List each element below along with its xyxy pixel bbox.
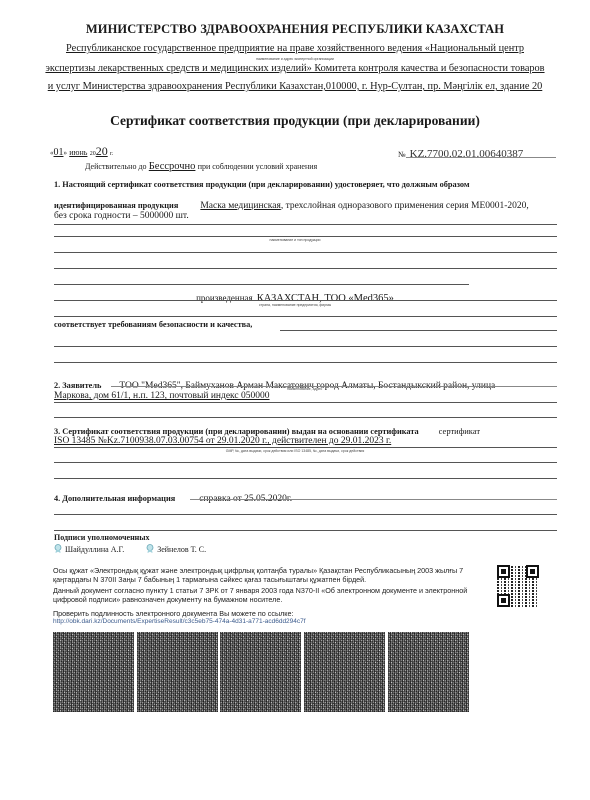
signer[interactable]: Шайдуллина А.Г. (54, 545, 126, 554)
signature-code-block (53, 632, 134, 712)
signature-code-block (388, 632, 469, 712)
additional-info-label: 4. Дополнительная информация (54, 494, 175, 503)
signer-name: Шайдуллина А.Г. (65, 545, 124, 554)
rule (54, 236, 557, 237)
date-year: 20 (96, 144, 108, 158)
basis-caption: GMP, №, дата выдачи, срок действия или I… (0, 449, 590, 453)
rule (54, 268, 557, 269)
compliance-statement: соответствует требованиям безопасности и… (54, 320, 252, 329)
product-description: , трехслойная одноразового применения се… (281, 201, 529, 211)
validity-line: Действительно до Бессрочно при соблюдени… (85, 161, 317, 172)
rule (111, 386, 557, 387)
number-underline (406, 157, 556, 158)
rule (54, 417, 557, 418)
rule (54, 346, 557, 347)
signatures-heading: Подписи уполномоченных (54, 533, 150, 542)
additional-info-line: 4. Дополнительная информация справка от … (54, 488, 292, 506)
validity-prefix: Действительно до (85, 162, 147, 171)
rule (54, 478, 557, 479)
certificate-number-group: № KZ.7700.02.01.00640387 (398, 144, 523, 162)
rule (54, 402, 557, 403)
product-quantity: без срока годности – 5000000 шт. (54, 211, 189, 221)
digital-signature-icon (54, 544, 62, 553)
basis-label: 3. Сертификат соответствия продукции (пр… (54, 427, 419, 436)
disclaimer-kz: Осы құжат «Электрондық құжат және электр… (53, 566, 493, 584)
product-name: Маска медицинская (200, 201, 281, 211)
manufacturer-caption: страна, наименование предприятия, фирмы (0, 303, 590, 307)
org-caption: наименование и адрес экспертной организа… (0, 57, 590, 61)
applicant-caption: наименование, адрес (287, 387, 322, 391)
rule (54, 462, 557, 463)
org-line-3: и услуг Министерства здравоохранения Рес… (0, 81, 590, 92)
rule (54, 447, 557, 448)
verify-link[interactable]: http://obk.dari.kz/Documents/ExpertiseRe… (53, 618, 306, 625)
signer-list: Шайдуллина А.Г. Зейнелов Т. С. (54, 544, 206, 554)
number-label: № (398, 150, 406, 159)
rule (54, 530, 557, 531)
qr-code-icon (497, 565, 539, 607)
produced-prefix: произведенная (196, 293, 253, 303)
certificate-number: KZ.7700.02.01.00640387 (410, 148, 524, 160)
certificate-date: «01» июнь 2020 г. (50, 144, 113, 159)
org-line-1: Республиканское государственное предприя… (0, 43, 590, 54)
rule (54, 224, 557, 225)
applicant-label: 2. Заявитель (54, 381, 101, 390)
rule (54, 316, 557, 317)
rule (54, 252, 557, 253)
signer[interactable]: Зейнелов Т. С. (146, 545, 206, 554)
rule (190, 499, 557, 500)
section1-intro: 1. Настоящий сертификат соответствия про… (54, 180, 470, 189)
product-caption: наименование и тип продукции (0, 238, 590, 242)
section1-product-label: идентифицированная продукция (54, 201, 178, 210)
ministry-title: МИНИСТЕРСТВО ЗДРАВООХРАНЕНИЯ РЕСПУБЛИКИ … (0, 22, 590, 37)
rule (54, 284, 469, 285)
applicant-address: Маркова, дом 61/1, н.п. 123, почтовый ин… (54, 391, 270, 401)
disclaimer-ru: Данный документ согласно пункту 1 статьи… (53, 586, 493, 604)
date-month: июнь (69, 148, 87, 157)
rule (54, 300, 557, 301)
verify-label: Проверить подлинность электронного докум… (53, 609, 493, 618)
date-suffix: г. (110, 151, 113, 157)
signer-name: Зейнелов Т. С. (157, 545, 206, 554)
signature-code-block (137, 632, 218, 712)
rule (54, 514, 557, 515)
signature-code-block (220, 632, 301, 712)
rule (280, 330, 557, 331)
org-line-2: экспертизы лекарственных средств и медиц… (0, 63, 590, 74)
basis-certificate: ISO 13485 №Kz.7100938.07.03.00754 от 29.… (54, 436, 391, 446)
certificate-title: Сертификат соответствия продукции (при д… (0, 113, 590, 129)
basis-tail: сертификат (439, 426, 480, 436)
signature-code-block (304, 632, 385, 712)
validity-suffix: при соблюдении условий хранения (198, 162, 318, 171)
digital-signature-icon (146, 544, 154, 553)
date-day: 01 (54, 147, 64, 158)
rule (54, 362, 557, 363)
validity-value: Бессрочно (149, 161, 196, 172)
